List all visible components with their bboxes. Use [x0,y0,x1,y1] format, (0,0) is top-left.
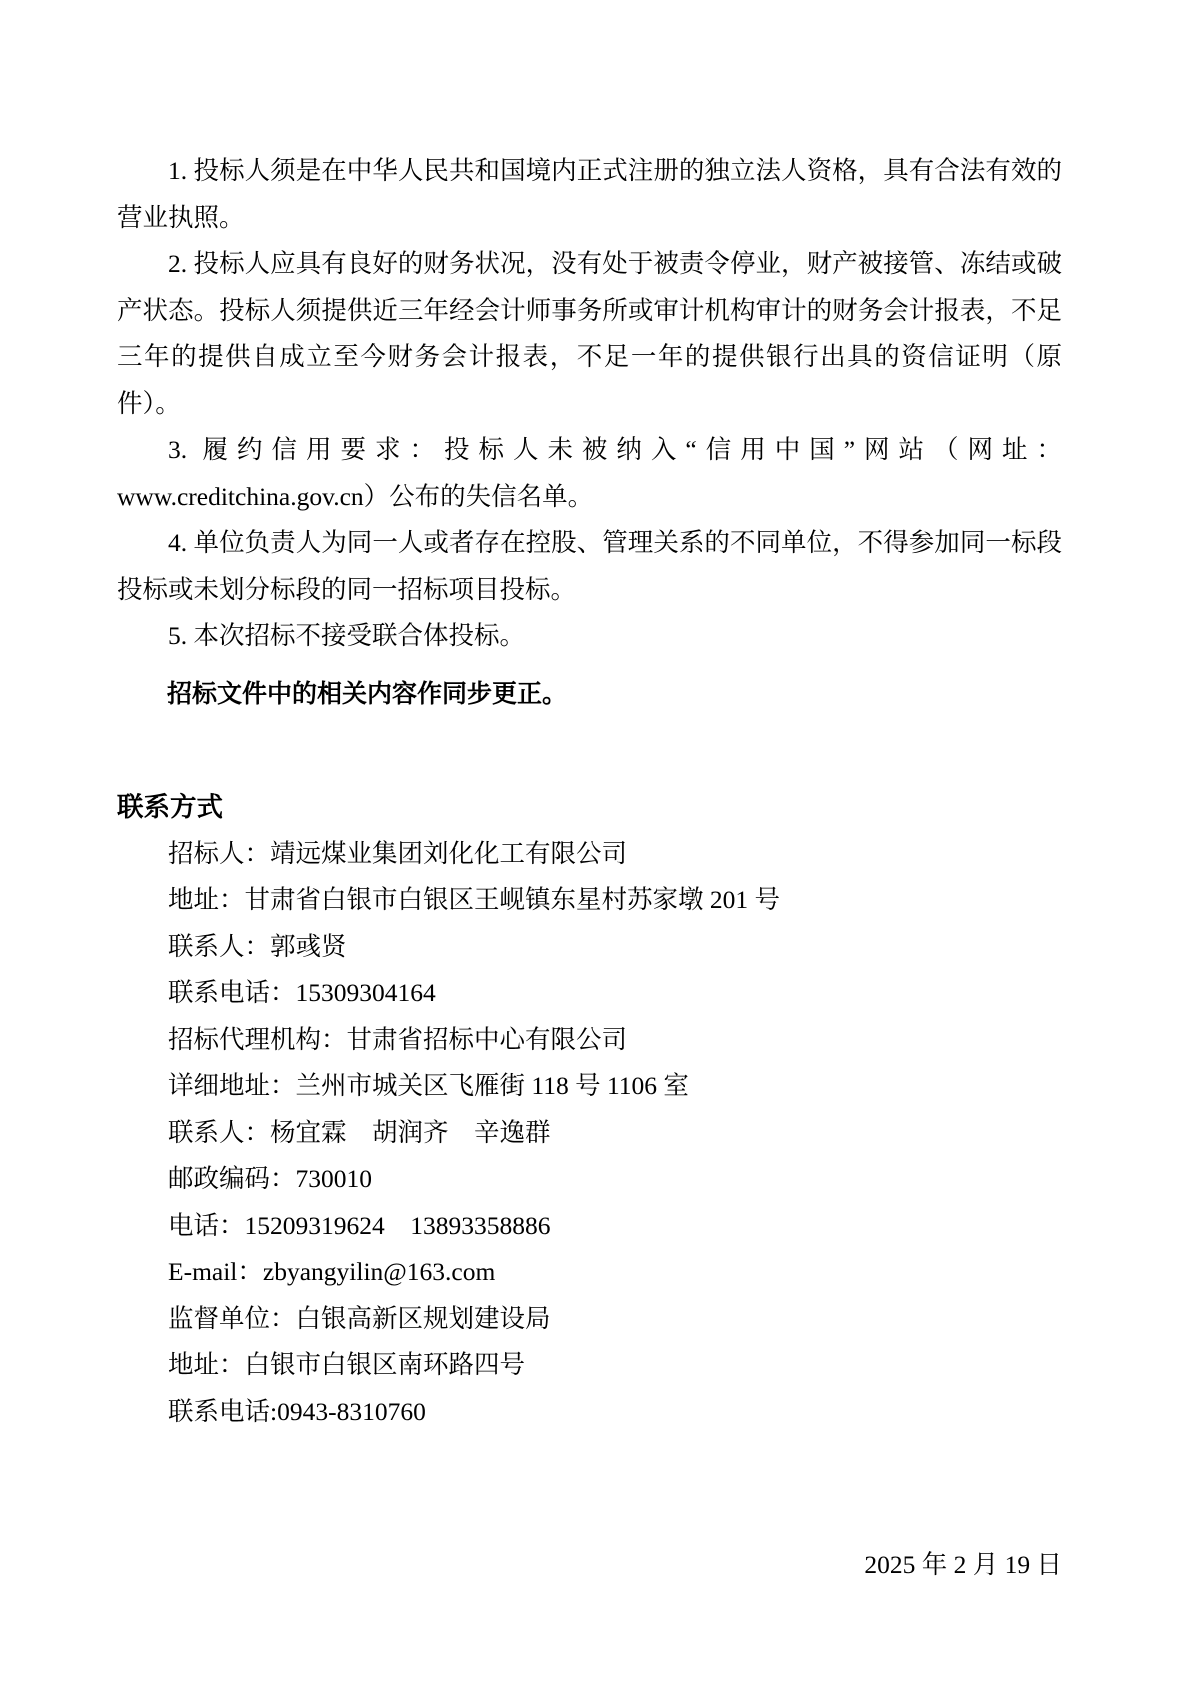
contact-value: 白银高新区规划建设局 [296,1304,551,1333]
contact-label: 地址： [168,885,245,914]
correction-note: 招标文件中的相关内容作同步更正。 [117,671,1062,718]
contact-section-heading: 联系方式 [117,784,1062,831]
notice-item-2: 2. 投标人应具有良好的财务状况，没有处于被责令停业，财产被接管、冻结或破产状态… [117,241,1062,427]
contact-value: 甘肃省白银市白银区王岘镇东星村苏家墩 201 号 [245,885,781,914]
contact-line-bidder: 招标人：靖远煤业集团刘化化工有限公司 [117,831,1062,878]
contact-value: 0943-8310760 [277,1397,426,1426]
contact-value: 兰州市城关区飞雁街 118 号 1106 室 [296,1071,689,1100]
document-date: 2025 年 2 月 19 日 [117,1542,1062,1589]
contact-value: 靖远煤业集团刘化化工有限公司 [270,839,627,868]
notice-item-5: 5. 本次招标不接受联合体投标。 [117,613,1062,660]
contact-label: 监督单位： [168,1304,296,1333]
contact-label: 详细地址： [168,1071,296,1100]
document-page: 1. 投标人须是在中华人民共和国境内正式注册的独立法人资格，具有合法有效的营业执… [0,0,1191,1684]
contact-value: 甘肃省招标中心有限公司 [347,1025,628,1054]
contact-line-agency: 招标代理机构：甘肃省招标中心有限公司 [117,1017,1062,1064]
contact-value: zbyangyilin@163.com [263,1257,495,1286]
contact-value: 15209319624 13893358886 [245,1211,551,1240]
contact-line-bidder-contact: 联系人：郭彧贤 [117,924,1062,971]
contact-line-supervisor-address: 地址：白银市白银区南环路四号 [117,1342,1062,1389]
contact-value: 杨宜霖 胡润齐 辛逸群 [270,1118,551,1147]
contact-line-bidder-address: 地址：甘肃省白银市白银区王岘镇东星村苏家墩 201 号 [117,877,1062,924]
contact-value: 730010 [296,1164,373,1193]
contact-line-supervisor: 监督单位：白银高新区规划建设局 [117,1296,1062,1343]
contact-value: 郭彧贤 [270,932,347,961]
notice-item-3: 3. 履约信用要求：投标人未被纳入“信用中国”网站（网址：www.creditc… [117,427,1062,520]
contact-label: 联系人： [168,932,270,961]
contact-line-email: E-mail：zbyangyilin@163.com [117,1249,1062,1296]
contact-line-agency-contacts: 联系人：杨宜霖 胡润齐 辛逸群 [117,1110,1062,1157]
contact-label: E-mail： [168,1257,263,1286]
contact-label: 联系电话： [168,978,296,1007]
contact-line-supervisor-phone: 联系电话:0943-8310760 [117,1389,1062,1436]
contact-line-postal-code: 邮政编码：730010 [117,1156,1062,1203]
contact-label: 电话： [168,1211,245,1240]
contact-label: 招标人： [168,839,270,868]
contact-label: 邮政编码： [168,1164,296,1193]
contact-line-bidder-phone: 联系电话：15309304164 [117,970,1062,1017]
contact-label: 联系人： [168,1118,270,1147]
notice-item-1: 1. 投标人须是在中华人民共和国境内正式注册的独立法人资格，具有合法有效的营业执… [117,148,1062,241]
document-content: 1. 投标人须是在中华人民共和国境内正式注册的独立法人资格，具有合法有效的营业执… [117,148,1062,1589]
contact-value: 15309304164 [296,978,436,1007]
contact-line-agency-phone: 电话：15209319624 13893358886 [117,1203,1062,1250]
contact-label: 地址： [168,1350,245,1379]
notice-item-4: 4. 单位负责人为同一人或者存在控股、管理关系的不同单位，不得参加同一标段投标或… [117,520,1062,613]
contact-label: 联系电话: [168,1397,277,1426]
contact-value: 白银市白银区南环路四号 [245,1350,526,1379]
contact-line-agency-address: 详细地址：兰州市城关区飞雁街 118 号 1106 室 [117,1063,1062,1110]
contact-label: 招标代理机构： [168,1025,347,1054]
